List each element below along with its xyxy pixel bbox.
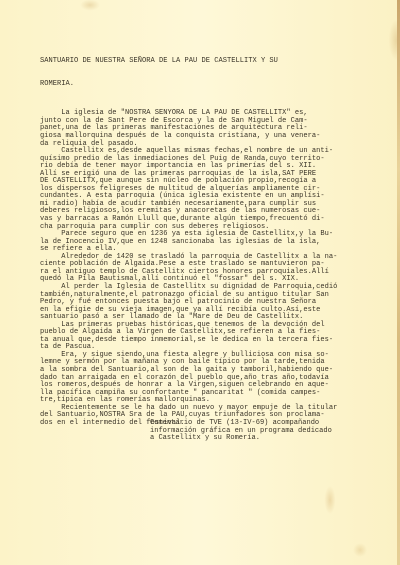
- title-line: ROMERIA.: [40, 81, 380, 89]
- comment-line: a Castellitx y su Romería.: [150, 435, 370, 443]
- document-title: SANTUARIO DE NUESTRA SEÑORA DE LA PAU DE…: [40, 43, 380, 103]
- typewritten-document: SANTUARIO DE NUESTRA SEÑORA DE LA PAU DE…: [40, 43, 380, 427]
- document-footnote-comment: Comentario de TVE (13-IV-69) acompañando…: [150, 420, 370, 443]
- title-line: SANTUARIO DE NUESTRA SEÑORA DE LA PAU DE…: [40, 58, 380, 66]
- document-body: La iglesia de "NOSTRA SENYORA DE LA PAU …: [40, 110, 380, 427]
